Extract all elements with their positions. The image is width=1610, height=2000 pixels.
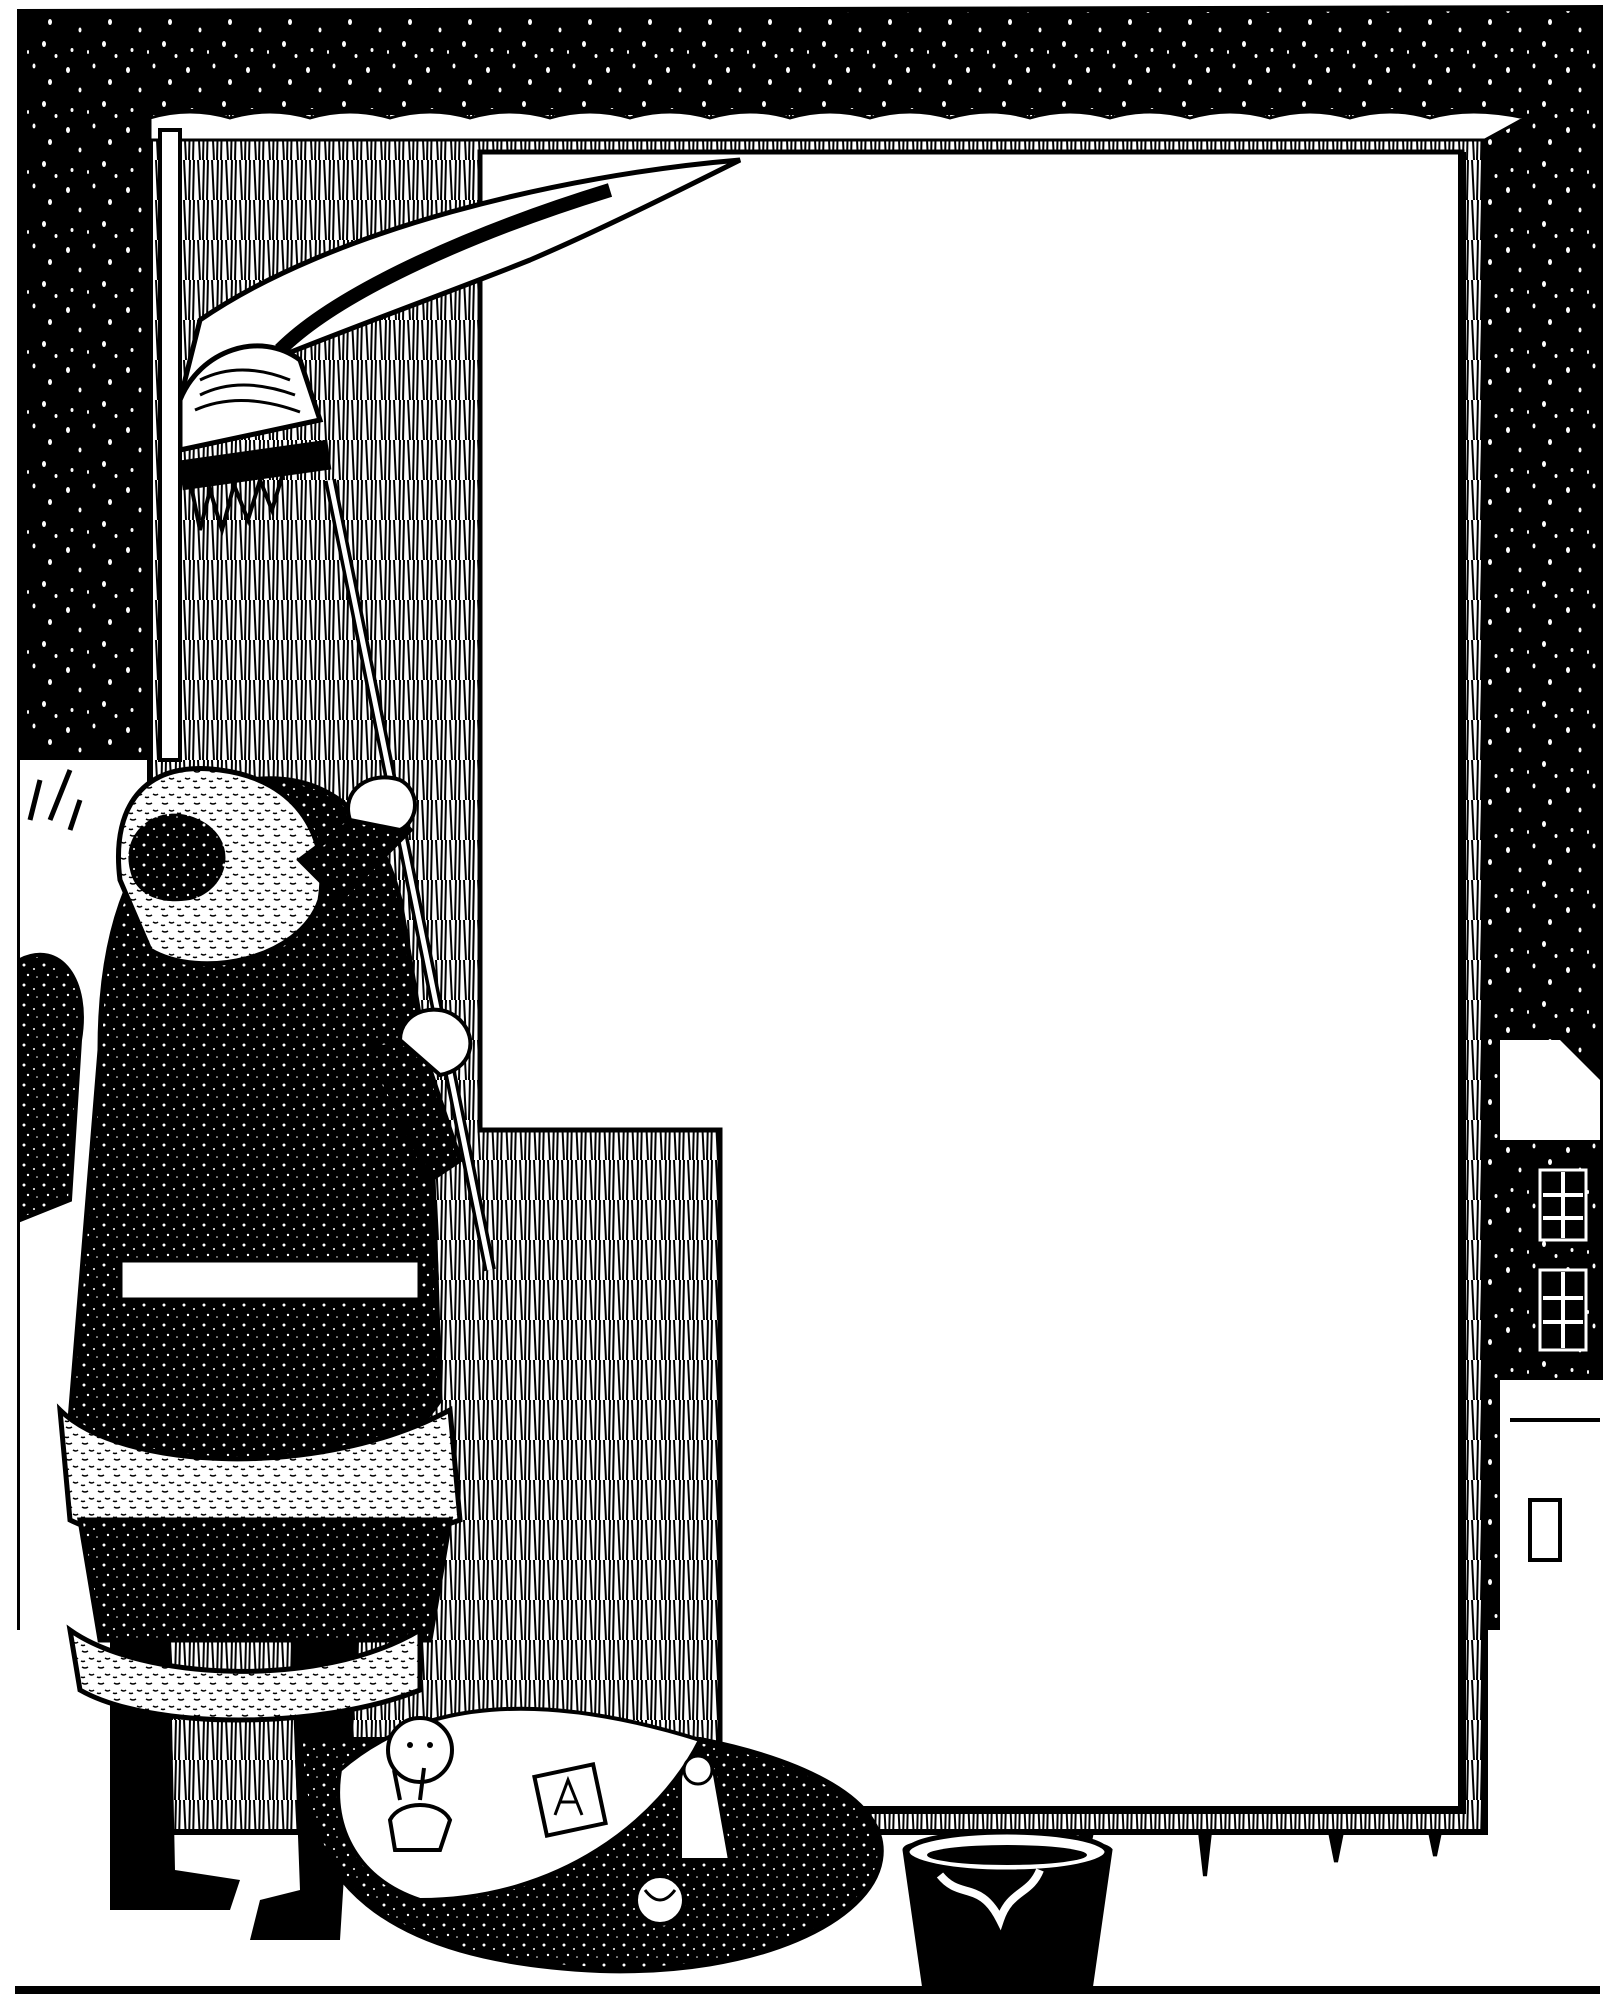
paste-bucket bbox=[905, 1832, 1110, 1990]
illustration: Vintage black-and-white engraving of San… bbox=[0, 0, 1610, 2000]
